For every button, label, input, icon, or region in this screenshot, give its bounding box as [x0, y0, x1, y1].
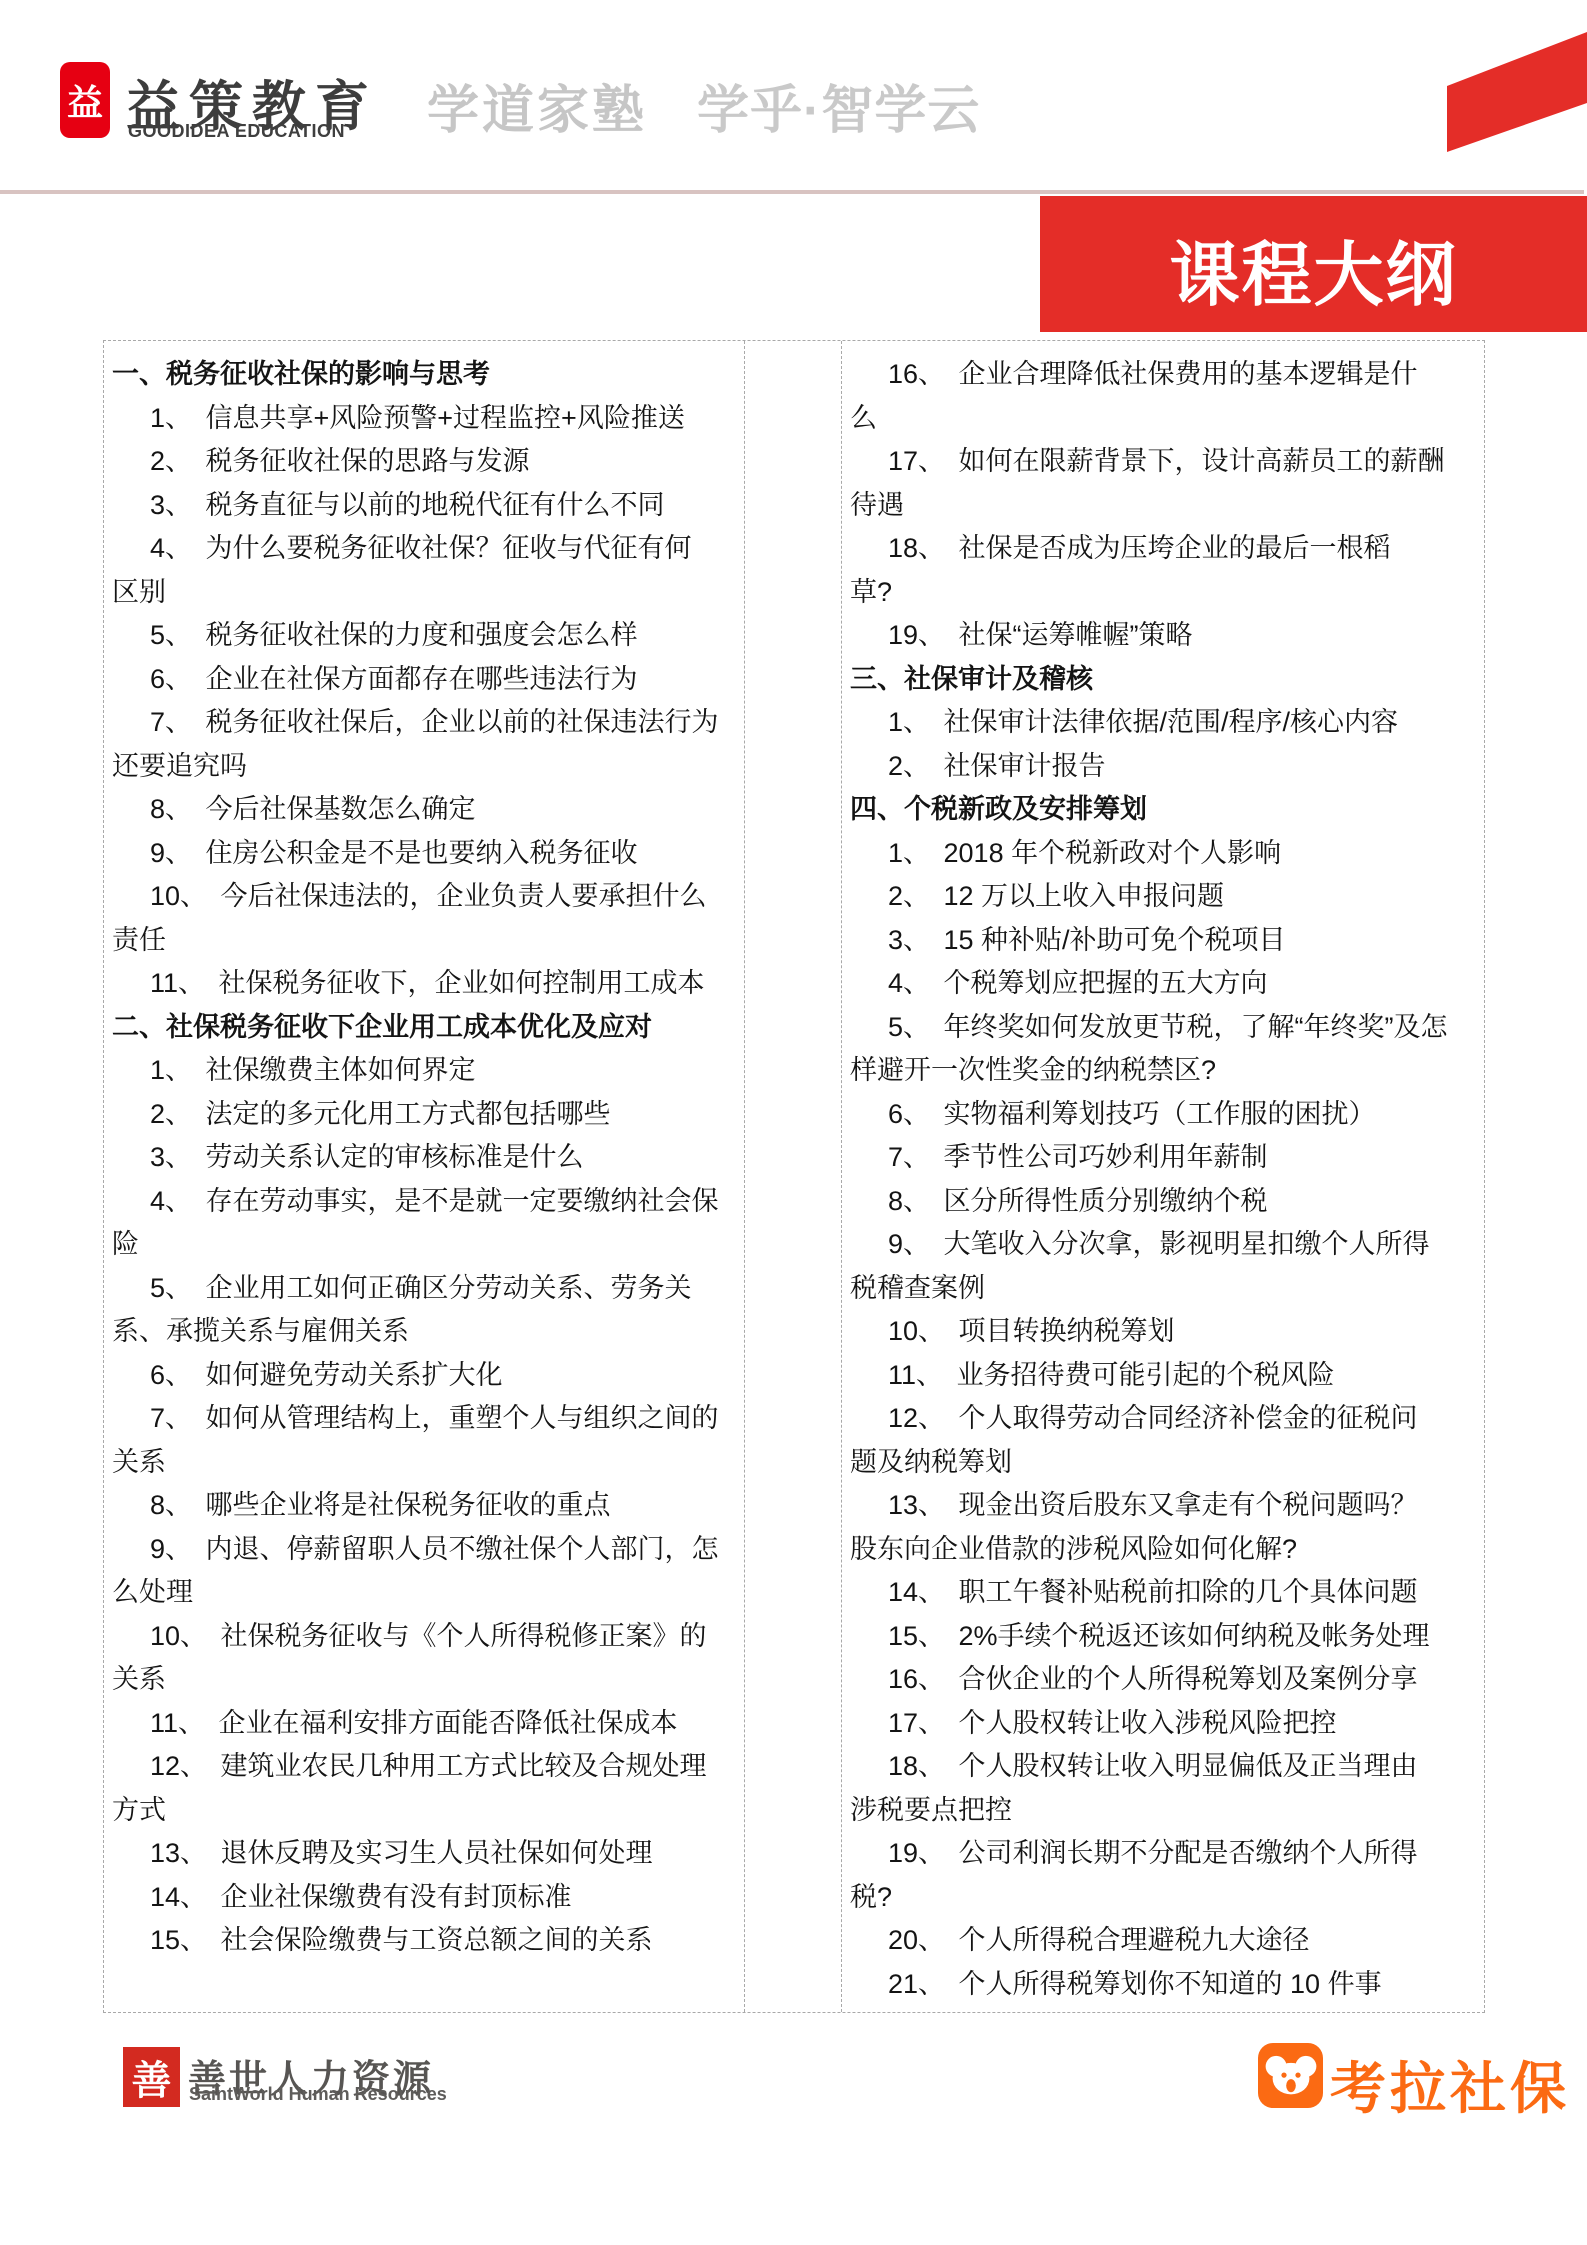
outline-line: 方式 [104, 1789, 744, 1833]
header-divider [0, 190, 1584, 194]
outline-line: 4、 个税筹划应把握的五大方向 [842, 962, 1484, 1006]
outline-line: 涉税要点把控 [842, 1789, 1484, 1833]
outline-line: 系、承揽关系与雇佣关系 [104, 1310, 744, 1354]
outline-line: 1、 社保缴费主体如何界定 [104, 1049, 744, 1093]
outline-line: 6、 实物福利筹划技巧（工作服的困扰） [842, 1093, 1484, 1137]
outline-line: 10、 今后社保违法的，企业负责人要承担什么 [104, 875, 744, 919]
outline-line: 7、 季节性公司巧妙利用年薪制 [842, 1136, 1484, 1180]
outline-line: 1、 信息共享+风险预警+过程监控+风险推送 [104, 397, 744, 441]
outline-right-column: 16、 企业合理降低社保费用的基本逻辑是什么17、 如何在限薪背景下，设计高薪员… [841, 341, 1484, 2012]
outline-line: 2、 法定的多元化用工方式都包括哪些 [104, 1093, 744, 1137]
outline-line: 4、 为什么要税务征收社保？征收与代征有何 [104, 527, 744, 571]
outline-line: 2、 12 万以上收入申报问题 [842, 875, 1484, 919]
outline-line: 5、 年终奖如何发放更节税，了解“年终奖”及怎 [842, 1006, 1484, 1050]
outline-line: 3、 15 种补贴/补助可免个税项目 [842, 919, 1484, 963]
outline-table: 一、税务征收社保的影响与思考1、 信息共享+风险预警+过程监控+风险推送2、 税… [103, 340, 1485, 2013]
outline-line: 18、 个人股权转让收入明显偏低及正当理由 [842, 1745, 1484, 1789]
outline-left-column: 一、税务征收社保的影响与思考1、 信息共享+风险预警+过程监控+风险推送2、 税… [104, 341, 745, 2012]
outline-line: 6、 企业在社保方面都存在哪些违法行为 [104, 658, 744, 702]
outline-line: 关系 [104, 1441, 744, 1485]
outline-line: 责任 [104, 919, 744, 963]
outline-line: 8、 区分所得性质分别缴纳个税 [842, 1180, 1484, 1224]
goodidea-logo-glyph: 益 [67, 75, 103, 126]
outline-line: 19、 公司利润长期不分配是否缴纳个人所得 [842, 1832, 1484, 1876]
outline-line: 15、 2%手续个税返还该如何纳税及帐务处理 [842, 1615, 1484, 1659]
outline-line: 9、 住房公积金是不是也要纳入税务征收 [104, 832, 744, 876]
outline-line: 题及纳税筹划 [842, 1441, 1484, 1485]
outline-line: 13、 现金出资后股东又拿走有个税问题吗？ [842, 1484, 1484, 1528]
outline-line: 税稽查案例 [842, 1267, 1484, 1311]
saintworld-logo-icon: 善 [123, 2047, 180, 2107]
outline-line: 10、 项目转换纳税筹划 [842, 1310, 1484, 1354]
saintworld-logo-glyph: 善 [132, 2049, 172, 2106]
corner-ribbon-icon [1446, 0, 1587, 153]
outline-line: 样避开一次性奖金的纳税禁区? [842, 1049, 1484, 1093]
outline-line: 四、个税新政及安排筹划 [842, 788, 1484, 832]
outline-line: 15、 社会保险缴费与工资总额之间的关系 [104, 1919, 744, 1963]
outline-line: 5、 企业用工如何正确区分劳动关系、劳务关 [104, 1267, 744, 1311]
outline-line: 14、 职工午餐补贴税前扣除的几个具体问题 [842, 1571, 1484, 1615]
outline-line: 20、 个人所得税合理避税九大途径 [842, 1919, 1484, 1963]
outline-line: 7、 如何从管理结构上，重塑个人与组织之间的 [104, 1397, 744, 1441]
outline-line: 11、 企业在福利安排方面能否降低社保成本 [104, 1702, 744, 1746]
outline-line: 税? [842, 1876, 1484, 1920]
course-outline-banner: 课程大纲 [1040, 196, 1587, 332]
outline-line: 待遇 [842, 484, 1484, 528]
outline-line: 4、 存在劳动事实，是不是就一定要缴纳社会保 [104, 1180, 744, 1224]
outline-line: 区别 [104, 571, 744, 615]
outline-line: 二、社保税务征收下企业用工成本优化及应对 [104, 1006, 744, 1050]
goodidea-brand-name-en: GOODIDEA EDUCATION [128, 121, 345, 142]
document-page: 益 益策教育 GOODIDEA EDUCATION 学道家塾 学乎·智学云 课程… [0, 0, 1587, 2245]
partner-logo-zhixueyun: 学乎·智学云 [697, 68, 980, 143]
outline-line: 9、 内退、停薪留职人员不缴社保个人部门，怎 [104, 1528, 744, 1572]
outline-line: 13、 退休反聘及实习生人员社保如何处理 [104, 1832, 744, 1876]
outline-line: 1、 社保审计法律依据/范围/程序/核心内容 [842, 701, 1484, 745]
outline-line: 12、 建筑业农民几种用工方式比较及合规处理 [104, 1745, 744, 1789]
outline-line: 16、 合伙企业的个人所得税筹划及案例分享 [842, 1658, 1484, 1702]
banner-title: 课程大纲 [1170, 219, 1458, 320]
outline-line: 17、 个人股权转让收入涉税风险把控 [842, 1702, 1484, 1746]
koala-face-icon [1258, 2043, 1323, 2108]
outline-line: 7、 税务征收社保后，企业以前的社保违法行为 [104, 701, 744, 745]
outline-line: 12、 个人取得劳动合同经济补偿金的征税问 [842, 1397, 1484, 1441]
outline-line: 9、 大笔收入分次拿，影视明星扣缴个人所得 [842, 1223, 1484, 1267]
outline-line: 么 [842, 397, 1484, 441]
outline-line: 17、 如何在限薪背景下，设计高薪员工的薪酬 [842, 440, 1484, 484]
outline-line: 2、 社保审计报告 [842, 745, 1484, 789]
outline-line: 3、 劳动关系认定的审核标准是什么 [104, 1136, 744, 1180]
outline-line: 2、 税务征收社保的思路与发源 [104, 440, 744, 484]
outline-line: 还要追究吗 [104, 745, 744, 789]
outline-line: 么处理 [104, 1571, 744, 1615]
outline-line: 1、 2018 年个税新政对个人影响 [842, 832, 1484, 876]
outline-line: 5、 税务征收社保的力度和强度会怎么样 [104, 614, 744, 658]
outline-line: 6、 如何避免劳动关系扩大化 [104, 1354, 744, 1398]
outline-line: 11、 社保税务征收下，企业如何控制用工成本 [104, 962, 744, 1006]
outline-line: 8、 今后社保基数怎么确定 [104, 788, 744, 832]
saintworld-name-en: SaintWorld Human Resources [189, 2084, 447, 2105]
outline-line: 10、 社保税务征收与《个人所得税修正案》的 [104, 1615, 744, 1659]
outline-line: 14、 企业社保缴费有没有封顶标准 [104, 1876, 744, 1920]
outline-line: 3、 税务直征与以前的地税代征有什么不同 [104, 484, 744, 528]
outline-column-spacer [745, 341, 841, 2012]
outline-line: 三、社保审计及稽核 [842, 658, 1484, 702]
outline-line: 16、 企业合理降低社保费用的基本逻辑是什 [842, 353, 1484, 397]
outline-line: 8、 哪些企业将是社保税务征收的重点 [104, 1484, 744, 1528]
goodidea-logo-icon: 益 [60, 62, 110, 138]
outline-line: 股东向企业借款的涉税风险如何化解? [842, 1528, 1484, 1572]
outline-line: 草? [842, 571, 1484, 615]
outline-line: 19、 社保“运筹帷幄”策略 [842, 614, 1484, 658]
outline-line: 险 [104, 1223, 744, 1267]
outline-line: 21、 个人所得税筹划你不知道的 10 件事 [842, 1963, 1484, 2007]
koala-shebao-name: 考拉社保 [1330, 2045, 1570, 2125]
outline-line: 一、税务征收社保的影响与思考 [104, 353, 744, 397]
outline-line: 关系 [104, 1658, 744, 1702]
outline-line: 11、 业务招待费可能引起的个税风险 [842, 1354, 1484, 1398]
outline-line: 18、 社保是否成为压垮企业的最后一根稻 [842, 527, 1484, 571]
partner-logo-xuedao: 学道家塾 [427, 68, 647, 143]
